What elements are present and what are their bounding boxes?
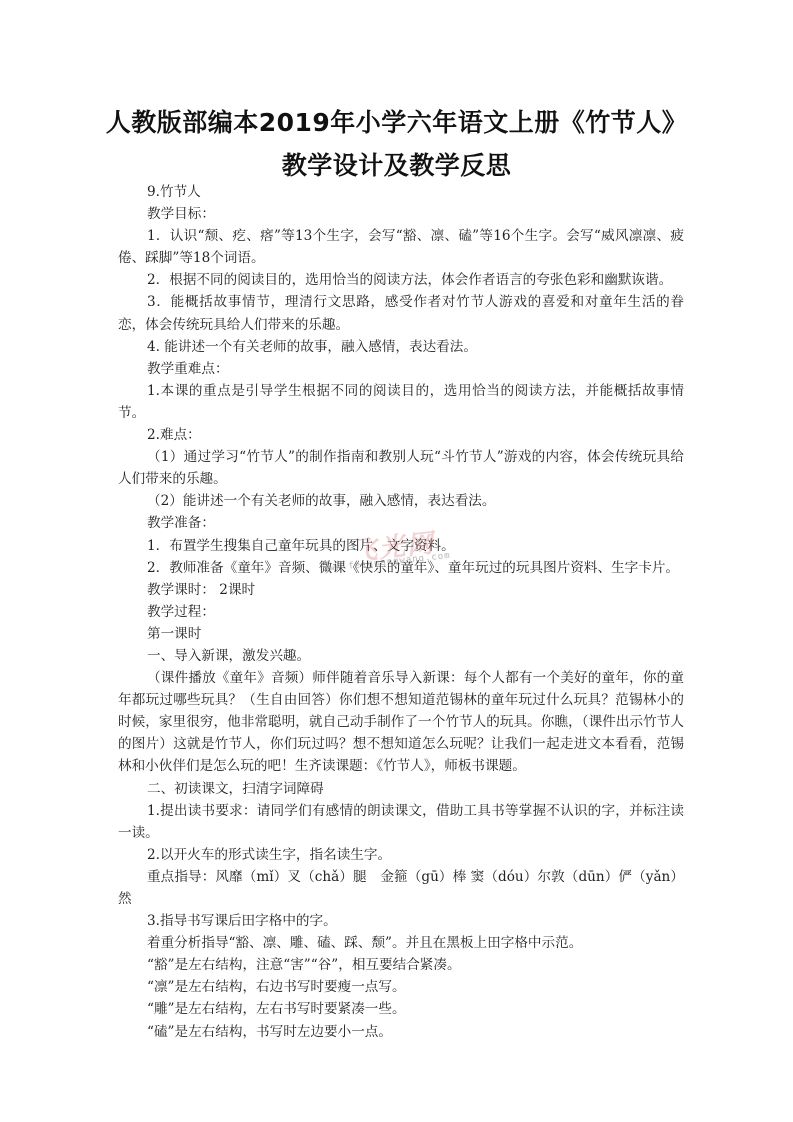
objective-item-2: 2．根据不同的阅读目的，选用恰当的阅读方法，体会作者语言的夸张色彩和幽默诙谐。: [118, 269, 684, 291]
writing-note-1: “豁”是左右结构，注意“害”“谷”，相互要结合紧凑。: [118, 954, 684, 976]
step-2-item-3: 3.指导书写课后田字格中的字。: [118, 910, 684, 932]
section-heading-process: 教学过程：: [118, 601, 684, 623]
lesson-heading: 9.竹节人: [118, 181, 684, 203]
difficulty-item-2: （2）能讲述一个有关老师的故事，融入感情，表达看法。: [118, 490, 684, 512]
objective-item-3: 3．能概括故事情节，理清行文思路，感受作者对竹节人游戏的喜爱和对童年生活的眷恋，…: [118, 291, 684, 335]
writing-note-2: “凛”是左右结构，右边书写时要瘦一点写。: [118, 976, 684, 998]
step-2-item-1: 1.提出读书要求：请同学们有感情的朗读课文，借助工具书等掌握不认识的字，并标注读…: [118, 800, 684, 844]
writing-note-3: “雕”是左右结构，左右书写时要紧凑一些。: [118, 998, 684, 1020]
difficulty-item-1: （1）通过学习“竹节人”的制作指南和教别人玩“斗竹节人”游戏的内容，体会传统玩具…: [118, 446, 684, 490]
document-page: 人教版部编本2019年小学六年语文上册《竹节人》 教学设计及教学反思 9.竹节人…: [0, 0, 793, 1122]
preparation-item-1: 1．布置学生搜集自己童年玩具的图片、文字资料。: [118, 535, 684, 557]
objective-item-4: 4. 能讲述一个有关老师的故事，融入感情，表达看法。: [118, 336, 684, 358]
key-point-1: 1.本课的重点是引导学生根据不同的阅读目的，选用恰当的阅读方法，并能概括故事情节…: [118, 380, 684, 424]
step-2-heading: 二、初读课文，扫清字词障碍: [118, 778, 684, 800]
pronunciation-guide: 重点指导：风靡（mǐ）叉（chǎ）腿 金箍（gū）棒 窦（dóu）尔敦（dūn）…: [118, 866, 684, 910]
document-body: 9.竹节人 教学目标： 1．认识“颓、疙、瘩”等13个生字，会写“豁、凛、磕”等…: [118, 181, 684, 1043]
writing-note-4: “磕”是左右结构，书写时左边要小一点。: [118, 1021, 684, 1043]
first-lesson-heading: 第一课时: [118, 623, 684, 645]
preparation-item-2: 2．教师准备《童年》音频、微课《快乐的童年》、童年玩过的玩具图片资料、生字卡片。: [118, 557, 684, 579]
document-title-line-2: 教学设计及教学反思: [0, 146, 793, 182]
document-title-line-1: 人教版部编本2019年小学六年语文上册《竹节人》: [0, 103, 793, 139]
section-heading-preparation: 教学准备：: [118, 512, 684, 534]
section-heading-key-points: 教学重难点：: [118, 358, 684, 380]
step-2-item-2: 2.以开火车的形式读生字，指名读生字。: [118, 844, 684, 866]
writing-guide-intro: 着重分析指导“豁、凛、雕、磕、踩、颓”。并且在黑板上田字格中示范。: [118, 932, 684, 954]
objective-item-1: 1．认识“颓、疙、瘩”等13个生字，会写“豁、凛、磕”等16个生字。会写“威风凛…: [118, 225, 684, 269]
section-heading-objectives: 教学目标：: [118, 203, 684, 225]
step-1-heading: 一、导入新课，激发兴趣。: [118, 645, 684, 667]
key-point-2-heading: 2.难点：: [118, 424, 684, 446]
step-1-body: （课件播放《童年》音频）师伴随着音乐导入新课：每个人都有一个美好的童年，你的童年…: [118, 667, 684, 777]
class-hours: 教学课时： 2课时: [118, 579, 684, 601]
